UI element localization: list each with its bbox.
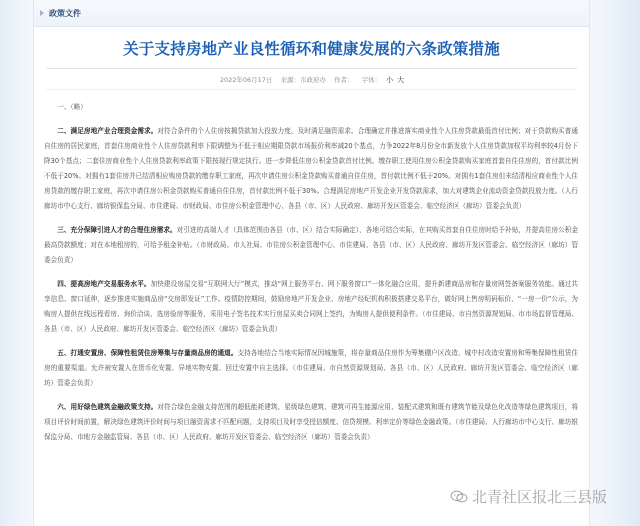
title-divider bbox=[46, 68, 577, 69]
content-panel: 政策文件 关于支持房地产业良性循环和健康发展的六条政策措施 2022年06月17… bbox=[33, 0, 590, 526]
section-4: 四、提高房地产交易服务水平。加快建设房屋交易“互联网大厅”模式，推动“网上服务平… bbox=[44, 277, 578, 337]
section-2: 二、满足房地产业合理资金需求。对符合条件的个人住房按揭贷款加大投放力度，及时满足… bbox=[44, 124, 578, 214]
article-author: 作者： bbox=[334, 76, 354, 84]
publish-date: 2022年06月17日 bbox=[220, 76, 273, 84]
font-size-label: 字体： bbox=[362, 76, 382, 84]
section-6: 六、用好绿色建筑金融政策支持。对符合绿色金融支持范围的超低能耗建筑、星级绿色建筑… bbox=[44, 400, 578, 445]
watermark: 北青社区报北三县版 bbox=[450, 486, 607, 507]
section-text: 对符合条件的个人住房按揭贷款加大投放力度，及时满足融资需求。合理确定并推进落实商… bbox=[44, 127, 578, 210]
section-heading: 五、打通安置房、保障性租赁住房筹集与存量商品房的通道。 bbox=[57, 349, 237, 357]
article-meta: 2022年06月17日 来源：市政府办 作者： 字体：小大 bbox=[34, 73, 589, 87]
section-heading: 三、充分保障引进人才的合理住房需求。 bbox=[57, 226, 176, 234]
breadcrumb: 政策文件 bbox=[34, 0, 589, 27]
section-text: 一、（略） bbox=[57, 103, 87, 111]
article-body: 一、（略） 二、满足房地产业合理资金需求。对符合条件的个人住房按揭贷款加大投放力… bbox=[34, 90, 589, 445]
article-title: 关于支持房地产业良性循环和健康发展的六条政策措施 bbox=[34, 38, 589, 60]
section-heading: 二、满足房地产业合理资金需求。 bbox=[57, 127, 157, 135]
article-source: 来源：市政府办 bbox=[281, 76, 327, 84]
font-small-button[interactable]: 小 bbox=[386, 76, 393, 84]
section-heading: 六、用好绿色建筑金融政策支持。 bbox=[57, 403, 157, 411]
watermark-text: 北青社区报北三县版 bbox=[472, 486, 607, 507]
section-1: 一、（略） bbox=[44, 100, 578, 115]
wechat-icon bbox=[450, 490, 468, 503]
section-3: 三、充分保障引进人才的合理住房需求。对引进的高端人才（具体范围由各县（市、区）结… bbox=[44, 223, 578, 268]
font-large-button[interactable]: 大 bbox=[397, 76, 404, 84]
section-5: 五、打通安置房、保障性租赁住房筹集与存量商品房的通道。支持各地结合当地实际情况因… bbox=[44, 346, 578, 391]
breadcrumb-arrow-icon bbox=[40, 10, 44, 16]
section-heading: 四、提高房地产交易服务水平。 bbox=[57, 280, 150, 288]
breadcrumb-link-policy-documents[interactable]: 政策文件 bbox=[49, 8, 81, 19]
